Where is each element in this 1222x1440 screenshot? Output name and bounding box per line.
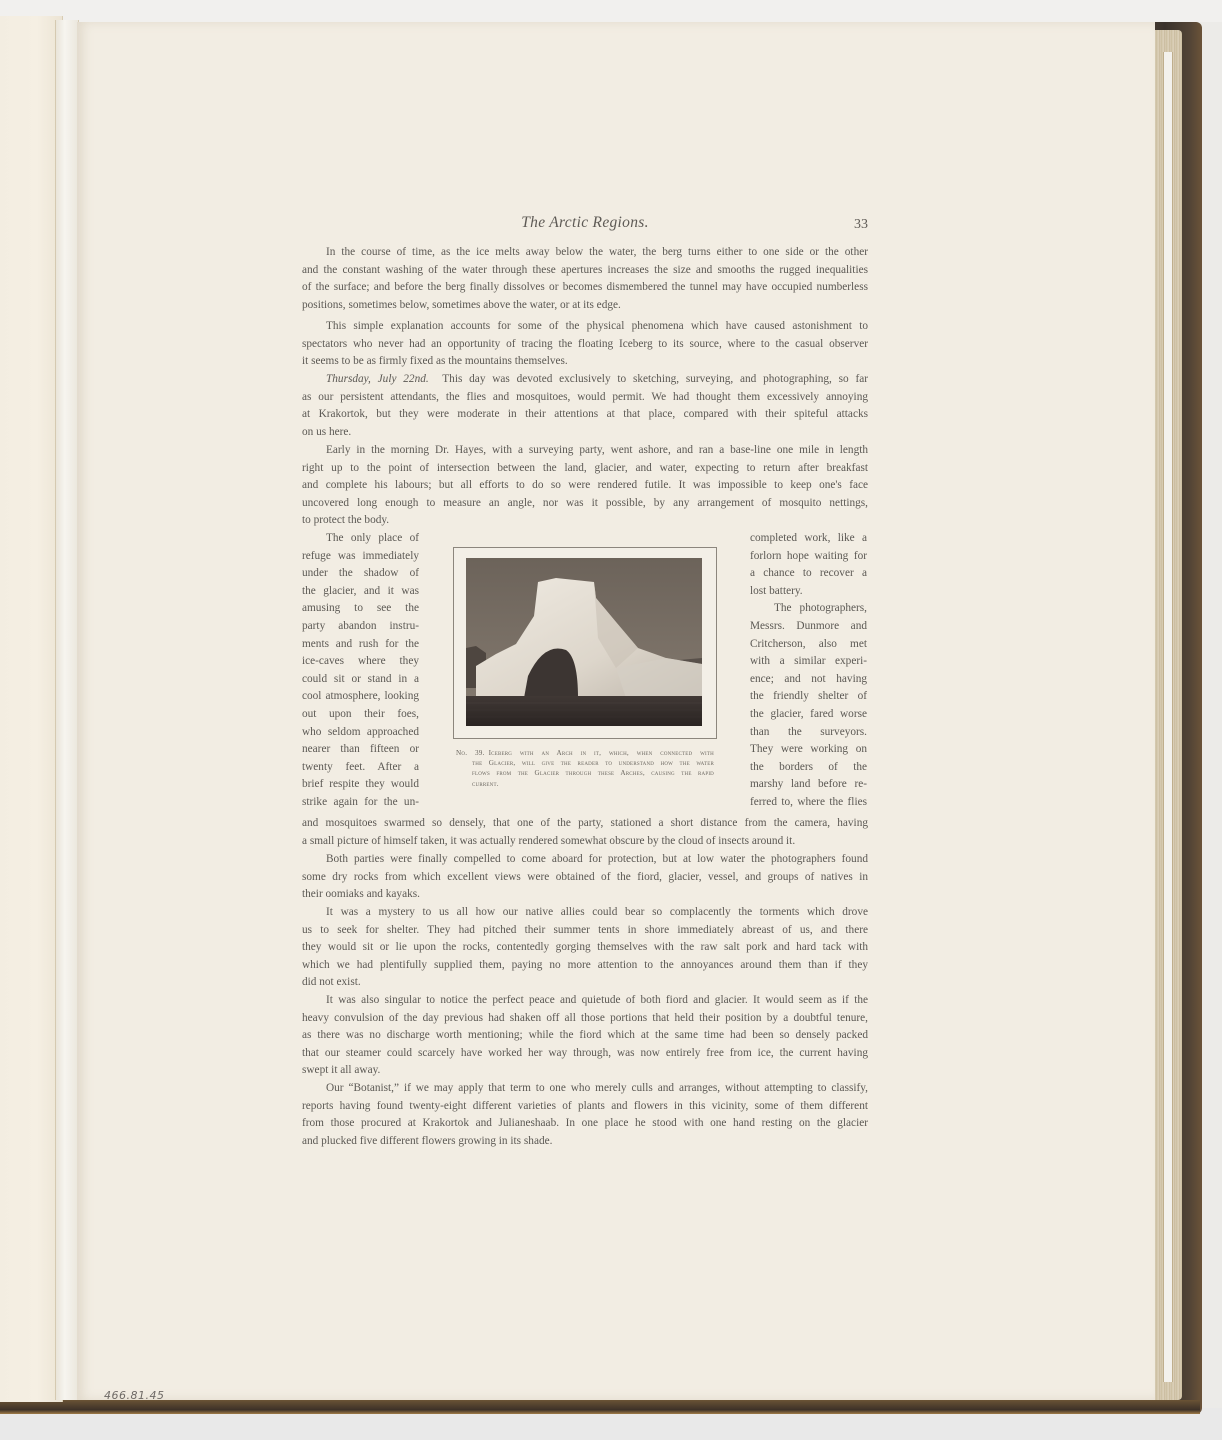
text-line: Thursday, July 22nd. This day was devote… [302, 371, 868, 389]
text-line: as our persistent attendants, the flies … [302, 389, 868, 407]
text-line: ence; and not having [750, 671, 867, 689]
text-line: It was a mystery to us all how our nativ… [302, 904, 868, 922]
text-line: us to seek for shelter. They had pitched… [302, 922, 868, 940]
paragraph-8: It was also singular to notice the perfe… [302, 992, 868, 1080]
text-line: heavy convulsion of the day previous had… [302, 1010, 868, 1028]
text-line: from those procured at Krakortok and Jul… [302, 1115, 868, 1133]
text-line: to protect the body. [302, 512, 868, 530]
text-line: swept it all away. [302, 1062, 868, 1080]
text-fragment: This day was devoted exclusively to sket… [442, 373, 868, 385]
plate-number: No. 39. [456, 749, 485, 757]
text-line: a small picture of himself taken, it was… [302, 833, 868, 851]
iceberg-photograph [466, 558, 702, 726]
text-line: than the surveyors. [750, 724, 867, 742]
text-line: brief respite they would [302, 776, 419, 794]
text-line: reports having found twenty-eight differ… [302, 1098, 868, 1116]
text-line: spectators who never had an opportunity … [302, 336, 868, 354]
text-line: the borders of the [750, 759, 867, 777]
binding-stub-page [0, 16, 63, 1402]
text-line: the glacier, fared worse [750, 706, 867, 724]
paragraph-1: In the course of time, as the ice melts … [302, 244, 868, 314]
text-line: The only place of [302, 530, 419, 548]
text-line: It was also singular to notice the perfe… [302, 992, 868, 1010]
text-line: their oomiaks and kayaks. [302, 886, 868, 904]
text-line: that our steamer could scarcely have wor… [302, 1045, 868, 1063]
paragraph-7: It was a mystery to us all how our nativ… [302, 904, 868, 992]
caption-text: Iceberg with an Arch in it, which, when … [489, 749, 714, 757]
text-line: with a similar experi- [750, 653, 867, 671]
text-line: refuge was immediately [302, 548, 419, 566]
page-number: 33 [854, 217, 868, 233]
text-line: right up to the point of intersection be… [302, 460, 868, 478]
text-line: at Krakortok, but they were moderate in … [302, 406, 868, 424]
accession-number: 466.81.45 [104, 1389, 164, 1402]
plate-frame [453, 547, 717, 739]
paragraph-6: Both parties were finally compelled to c… [302, 851, 868, 904]
text-line: and mosquitoes swarmed so densely, that … [302, 815, 868, 833]
paragraph-5: and mosquitoes swarmed so densely, that … [302, 815, 868, 850]
text-line: This simple explanation accounts for som… [302, 318, 868, 336]
text-line: under the shadow of [302, 565, 419, 583]
text-line: twenty feet. After a [302, 759, 419, 777]
text-line: of the surface; and before the berg fina… [302, 279, 868, 297]
diary-date: Thursday, July 22nd. [326, 373, 429, 385]
caption-line: No. 39.Iceberg with an Arch in it, which… [456, 748, 714, 758]
text-line: out upon their foes, [302, 706, 419, 724]
text-line: uncovered long enough to measure an angl… [302, 495, 868, 513]
caption-line: the Glacier, will give the reader to und… [456, 758, 714, 768]
text-line: as there was no discharge worth mentioni… [302, 1027, 868, 1045]
text-line: Critcherson, also met [750, 636, 867, 654]
text-line: Messrs. Dunmore and [750, 618, 867, 636]
text-line: and plucked five different flowers growi… [302, 1133, 868, 1151]
text-line: forlorn hope waiting for [750, 548, 867, 566]
caption-line: flows from the Glacier through these Arc… [456, 768, 714, 778]
book-cover-bottom-edge [0, 1400, 1200, 1414]
paragraph-2: This simple explanation accounts for som… [302, 318, 868, 371]
text-line: Both parties were finally compelled to c… [302, 851, 868, 869]
text-line: lost battery. [750, 583, 867, 601]
text-line: amusing to see the [302, 600, 419, 618]
right-column-text: completed work, like a forlorn hope wait… [750, 530, 867, 812]
text-line: Our “Botanist,” if we may apply that ter… [302, 1080, 868, 1098]
text-line: some dry rocks from which excellent view… [302, 869, 868, 887]
text-line: which we had plentifully supplied them, … [302, 957, 868, 975]
page-edges-slot [1163, 52, 1173, 1382]
caption-line: current. [456, 779, 714, 789]
running-head: The Arctic Regions. 33 [302, 214, 868, 236]
text-line: In the course of time, as the ice melts … [302, 244, 868, 262]
text-line: and the constant washing of the water th… [302, 262, 868, 280]
text-line: who seldom approached [302, 724, 419, 742]
text-line: ments and rush for the [302, 636, 419, 654]
text-line: They were working on [750, 741, 867, 759]
text-line: on us here. [302, 424, 868, 442]
text-line: did not exist. [302, 974, 868, 992]
iceberg-arch-illustration [466, 558, 702, 726]
background-top [0, 0, 1222, 22]
paragraph-4: Early in the morning Dr. Hayes, with a s… [302, 442, 868, 530]
text-line: positions, sometimes below, sometimes ab… [302, 297, 868, 315]
text-line: they would sit or lie upon the rocks, co… [302, 939, 868, 957]
text-line: strike again for the un- [302, 794, 419, 812]
left-column-text: The only place of refuge was immediately… [302, 530, 419, 812]
text-line: marshy land before re- [750, 776, 867, 794]
paragraph-3: Thursday, July 22nd. This day was devote… [302, 371, 868, 441]
plate-caption: No. 39.Iceberg with an Arch in it, which… [456, 748, 714, 789]
text-line: the glacier, and it was [302, 583, 419, 601]
text-line: party abandon instru- [302, 618, 419, 636]
text-line: nearer than fifteen or [302, 741, 419, 759]
paragraph-9: Our “Botanist,” if we may apply that ter… [302, 1080, 868, 1150]
text-line: completed work, like a [750, 530, 867, 548]
text-line: Early in the morning Dr. Hayes, with a s… [302, 442, 868, 460]
text-line: the friendly shelter of [750, 688, 867, 706]
text-line: a chance to recover a [750, 565, 867, 583]
text-line: it seems to be as firmly fixed as the mo… [302, 353, 868, 371]
running-title: The Arctic Regions. [302, 214, 868, 232]
text-line: and complete his labours; but all effort… [302, 477, 868, 495]
text-line: ferred to, where the flies [750, 794, 867, 812]
text-line: The photographers, [750, 600, 867, 618]
binding-guard-strip [55, 20, 79, 1400]
text-line: cool atmosphere, looking [302, 688, 419, 706]
text-line: could sit or stand in a [302, 671, 419, 689]
text-line: ice-caves where they [302, 653, 419, 671]
